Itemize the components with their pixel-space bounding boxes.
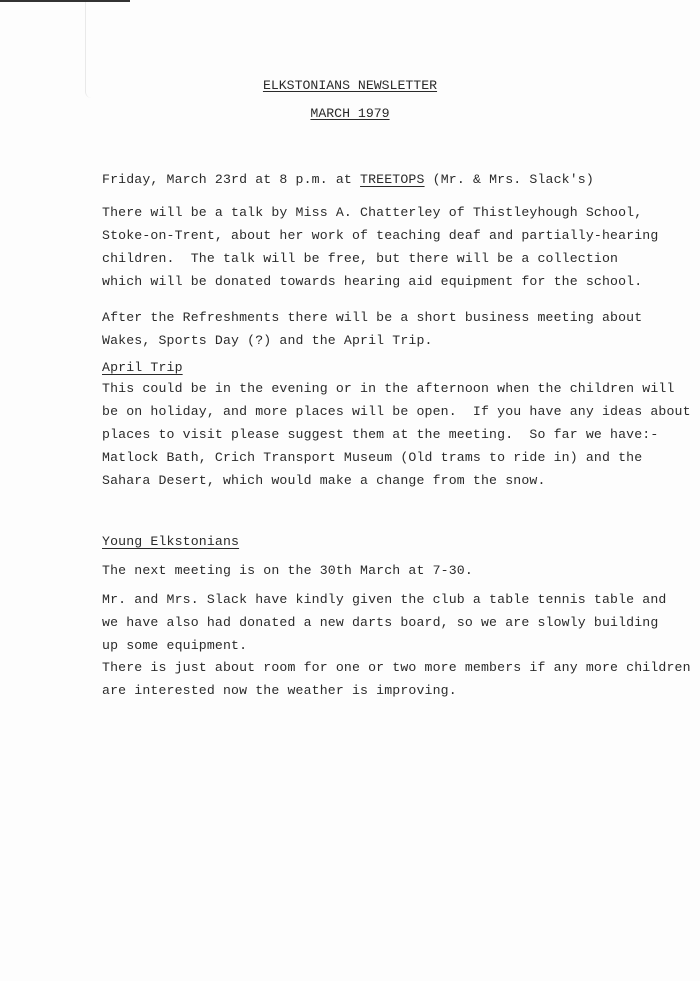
talk-line: which will be donated towards hearing ai… — [102, 274, 642, 289]
april-trip-line: Sahara Desert, which would make a change… — [102, 473, 546, 488]
event-line: Friday, March 23rd at 8 p.m. at TREETOPS… — [102, 172, 594, 187]
newsletter-date: MARCH 1979 — [0, 106, 700, 121]
talk-line: There will be a talk by Miss A. Chatterl… — [102, 205, 642, 220]
april-trip-heading: April Trip — [102, 360, 183, 375]
young-line: up some equipment. — [102, 638, 247, 653]
newsletter-title: ELKSTONIANS NEWSLETTER — [0, 78, 700, 93]
april-trip-line: places to visit please suggest them at t… — [102, 427, 658, 442]
young-line: There is just about room for one or two … — [102, 660, 691, 675]
talk-line: Stoke-on-Trent, about her work of teachi… — [102, 228, 658, 243]
scan-edge — [0, 0, 130, 2]
meeting-line: The next meeting is on the 30th March at… — [102, 563, 473, 578]
young-line: we have also had donated a new darts boa… — [102, 615, 658, 630]
april-trip-line: Matlock Bath, Crich Transport Museum (Ol… — [102, 450, 642, 465]
business-line: Wakes, Sports Day (?) and the April Trip… — [102, 333, 433, 348]
april-trip-line: be on holiday, and more places will be o… — [102, 404, 691, 419]
young-line: are interested now the weather is improv… — [102, 683, 457, 698]
april-trip-line: This could be in the evening or in the a… — [102, 381, 675, 396]
young-line: Mr. and Mrs. Slack have kindly given the… — [102, 592, 666, 607]
talk-line: children. The talk will be free, but the… — [102, 251, 618, 266]
young-elkstonians-heading: Young Elkstonians — [102, 534, 239, 549]
business-line: After the Refreshments there will be a s… — [102, 310, 642, 325]
venue-name: TREETOPS — [360, 172, 425, 187]
